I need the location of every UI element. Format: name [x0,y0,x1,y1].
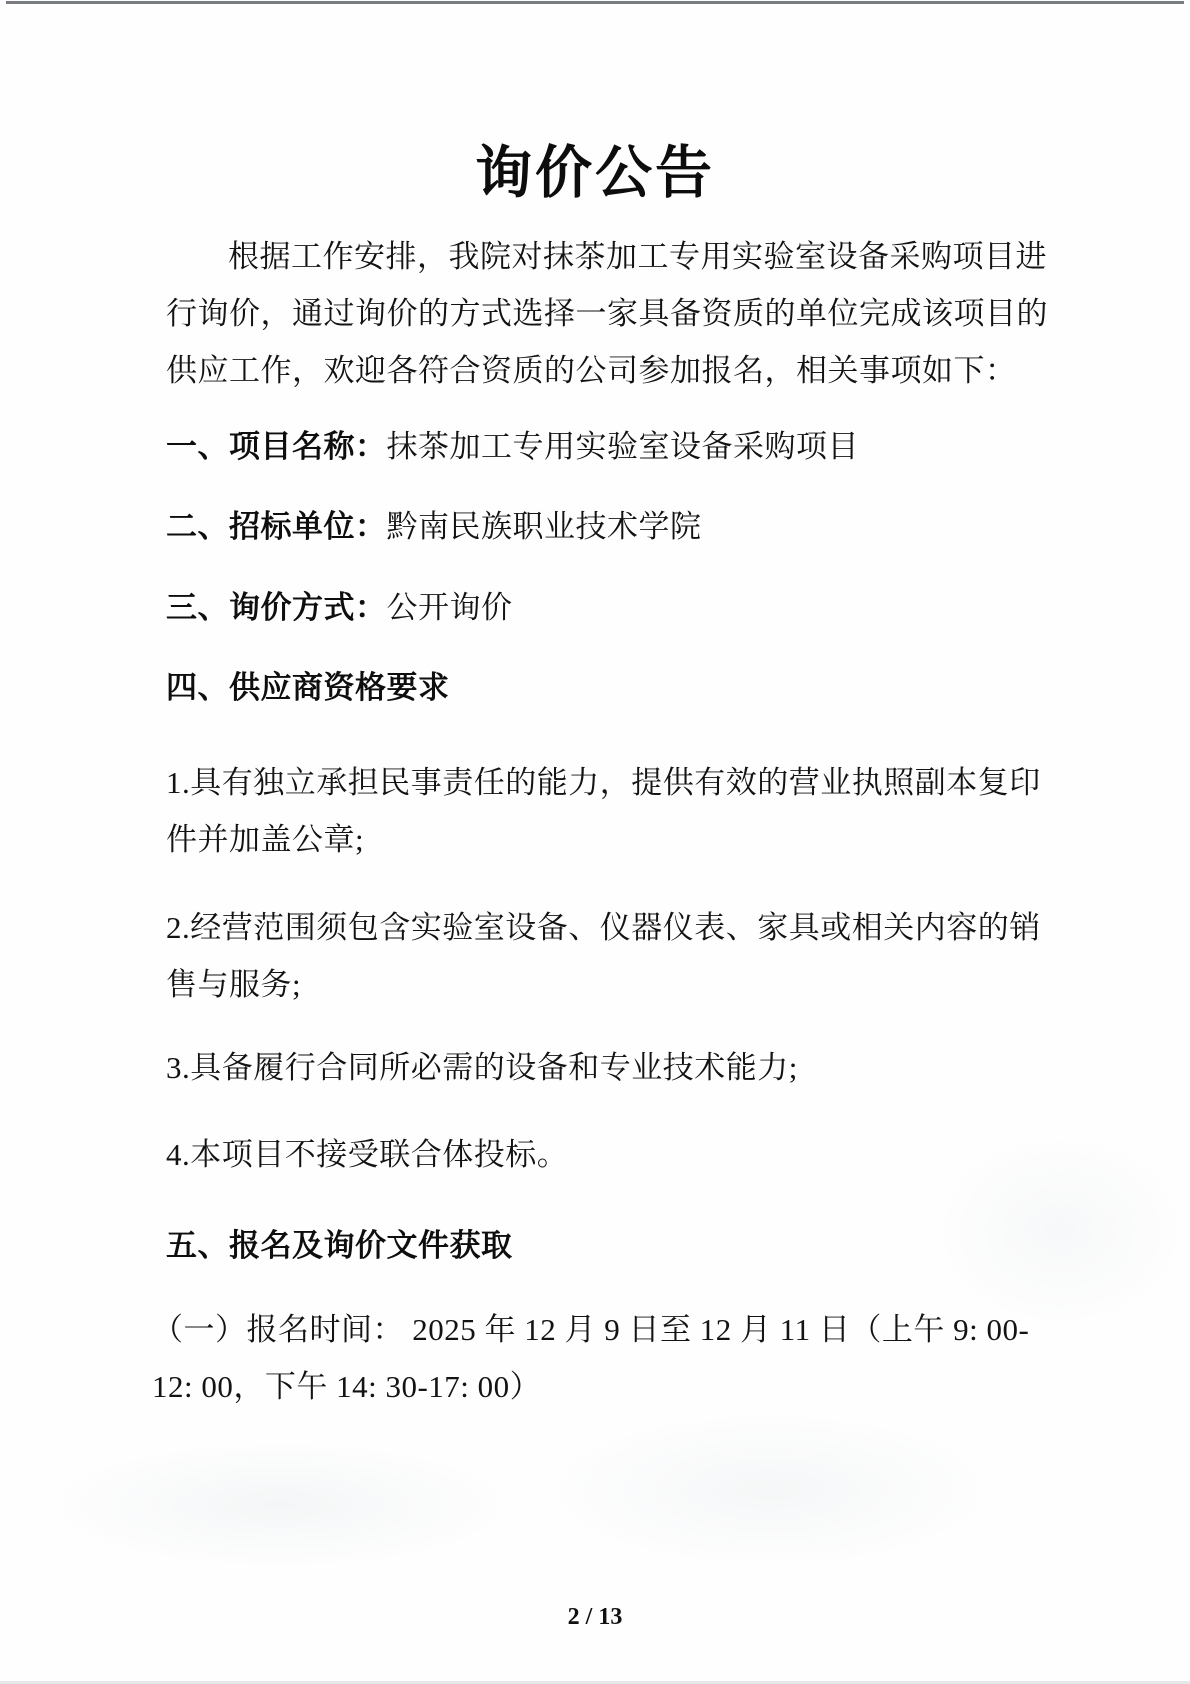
requirement-line: 售与服务; [166,956,1040,1013]
section-label: 五、报名及询价文件获取 [166,1217,1040,1274]
intro-paragraph: 根据工作安排，我院对抹茶加工专用实验室设备采购项目进 行询价，通过询价的方式选择… [166,228,1040,399]
scan-smudge [540,1410,1000,1570]
section-supplier-qualifications: 四、供应商资格要求 [166,659,1040,716]
requirement-line: 3.具备履行合同所必需的设备和专业技术能力; [166,1039,1040,1096]
section-registration-documents: 五、报名及询价文件获取 [166,1217,1040,1274]
section-project-name: 一、项目名称：抹茶加工专用实验室设备采购项目 [166,418,1040,475]
intro-line: 根据工作安排，我院对抹茶加工专用实验室设备采购项目进 [166,228,1040,285]
document-title: 询价公告 [0,136,1190,212]
requirement-item-4: 4.本项目不接受联合体投标。 [166,1126,1040,1183]
section-tender-unit: 二、招标单位：黔南民族职业技术学院 [166,498,1040,555]
requirement-line: 件并加盖公章; [166,811,1040,868]
registration-time-paragraph: （一）报名时间： 2025 年 12 月 9 日至 12 月 11 日（上午 9… [152,1301,1040,1415]
section-label: 三、询价方式： [166,590,387,625]
page-number: 2 / 13 [0,1602,1190,1632]
requirement-line: 2.经营范围须包含实验室设备、仪器仪表、家具或相关内容的销 [166,899,1040,956]
intro-line: 供应工作，欢迎各符合资质的公司参加报名，相关事项如下： [166,342,1040,399]
section-inquiry-method: 三、询价方式：公开询价 [166,579,1040,636]
section-label: 二、招标单位： [166,509,387,544]
section-value: 抹茶加工专用实验室设备采购项目 [387,429,860,464]
requirement-line: 4.本项目不接受联合体投标。 [166,1126,1040,1183]
requirement-item-1: 1.具有独立承担民事责任的能力，提供有效的营业执照副本复印 件并加盖公章; [166,754,1040,868]
section-label: 四、供应商资格要求 [166,659,1040,716]
section-label: 一、项目名称： [166,429,387,464]
requirement-item-2: 2.经营范围须包含实验室设备、仪器仪表、家具或相关内容的销 售与服务; [166,899,1040,1013]
scan-top-edge [6,1,1184,4]
requirement-item-3: 3.具备履行合同所必需的设备和专业技术能力; [166,1039,1040,1096]
scan-smudge [40,1440,520,1570]
requirement-line: 1.具有独立承担民事责任的能力，提供有效的营业执照副本复印 [166,754,1040,811]
intro-line: 行询价，通过询价的方式选择一家具备资质的单位完成该项目的 [166,285,1040,342]
section-value: 黔南民族职业技术学院 [387,509,702,544]
registration-line: 12: 00，下午 14: 30-17: 00） [152,1358,1040,1415]
registration-line: （一）报名时间： 2025 年 12 月 9 日至 12 月 11 日（上午 9… [152,1301,1040,1358]
document-page: 询价公告 根据工作安排，我院对抹茶加工专用实验室设备采购项目进 行询价，通过询价… [0,0,1190,1684]
section-value: 公开询价 [387,590,513,625]
